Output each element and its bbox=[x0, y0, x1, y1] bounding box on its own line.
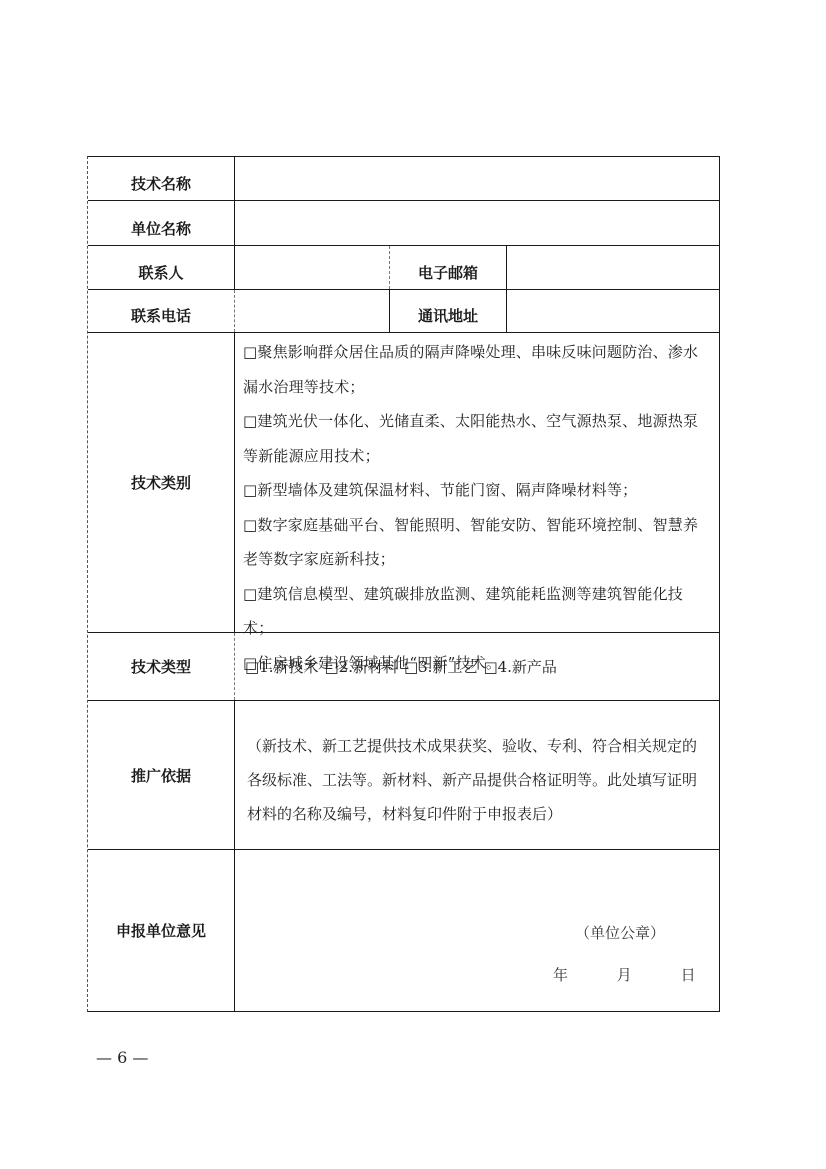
row-unit-opinion: 申报单位意见 （单位公章） 年 月 日 bbox=[88, 850, 719, 1011]
promotion-basis-hint-line-3: 材料的名称及编号，材料复印件附于申报表后） bbox=[247, 797, 715, 831]
tech-category-option-4[interactable]: □数字家庭基础平台、智能照明、智能安防、智能环境控制、智慧养 bbox=[243, 508, 713, 543]
address-label: 通讯地址 bbox=[389, 290, 506, 332]
row-promotion-basis: 推广依据 （新技术、新工艺提供技术成果获奖、验收、专利、符合相关规定的 各级标准… bbox=[88, 701, 719, 850]
address-field[interactable] bbox=[506, 290, 719, 332]
tech-category-option-1-cont: 漏水治理等技术； bbox=[243, 370, 713, 405]
contact-person-label: 联系人 bbox=[88, 246, 234, 289]
email-label: 电子邮箱 bbox=[389, 246, 506, 289]
date-month: 月 bbox=[617, 966, 632, 984]
tech-type-options: □1.新技术 □2.新材料 □3.新工艺 □4.新产品 bbox=[234, 633, 719, 700]
tech-type-checkbox-new-product[interactable]: □4.新产品 bbox=[483, 656, 556, 677]
promotion-basis-hint-line-1: （新技术、新工艺提供技术成果获奖、验收、专利、符合相关规定的 bbox=[247, 729, 715, 763]
email-field[interactable] bbox=[506, 246, 719, 289]
date-year: 年 bbox=[553, 966, 568, 984]
phone-label: 联系电话 bbox=[88, 290, 234, 332]
tech-category-option-3[interactable]: □新型墙体及建筑保温材料、节能门窗、隔声降噪材料等； bbox=[243, 473, 713, 508]
contact-person-field[interactable] bbox=[234, 246, 389, 289]
signature-date: 年 月 日 bbox=[553, 964, 718, 985]
tech-category-option-2[interactable]: □建筑光伏一体化、光储直柔、太阳能热水、空气源热泵、地源热泵 bbox=[243, 404, 713, 439]
application-form-table: 技术名称 单位名称 联系人 电子邮箱 联系电话 通讯地址 技术类别 □聚焦影响群… bbox=[87, 156, 720, 1012]
tech-category-option-4-cont: 老等数字家庭新科技； bbox=[243, 542, 713, 577]
tech-type-checkbox-new-process[interactable]: □3.新工艺 bbox=[404, 656, 477, 677]
row-tech-name: 技术名称 bbox=[88, 157, 719, 201]
row-unit-name: 单位名称 bbox=[88, 201, 719, 246]
promotion-basis-field[interactable]: （新技术、新工艺提供技术成果获奖、验收、专利、符合相关规定的 各级标准、工法等。… bbox=[234, 701, 719, 849]
tech-type-label: 技术类型 bbox=[88, 633, 234, 700]
row-contact-email: 联系人 电子邮箱 bbox=[88, 246, 719, 290]
row-phone-address: 联系电话 通讯地址 bbox=[88, 290, 719, 333]
tech-name-field[interactable] bbox=[234, 157, 719, 200]
tech-category-option-1[interactable]: □聚焦影响群众居住品质的隔声降噪处理、串味反味问题防治、渗水 bbox=[243, 335, 713, 370]
row-tech-type: 技术类型 □1.新技术 □2.新材料 □3.新工艺 □4.新产品 bbox=[88, 633, 719, 701]
unit-name-field[interactable] bbox=[234, 201, 719, 245]
tech-category-label: 技术类别 bbox=[88, 333, 234, 632]
date-day: 日 bbox=[681, 966, 696, 984]
tech-category-options: □聚焦影响群众居住品质的隔声降噪处理、串味反味问题防治、渗水 漏水治理等技术； … bbox=[234, 333, 719, 632]
unit-name-label: 单位名称 bbox=[88, 201, 234, 245]
promotion-basis-hint-line-2: 各级标准、工法等。新材料、新产品提供合格证明等。此处填写证明 bbox=[247, 763, 715, 797]
tech-type-checkbox-new-technology[interactable]: □1.新技术 bbox=[245, 656, 318, 677]
page-number: — 6 — bbox=[96, 1048, 148, 1067]
row-tech-category: 技术类别 □聚焦影响群众居住品质的隔声降噪处理、串味反味问题防治、渗水 漏水治理… bbox=[88, 333, 719, 633]
unit-seal-text: （单位公章） bbox=[575, 922, 665, 943]
tech-name-label: 技术名称 bbox=[88, 157, 234, 200]
promotion-basis-label: 推广依据 bbox=[88, 701, 234, 849]
phone-field[interactable] bbox=[234, 290, 389, 332]
unit-opinion-field[interactable]: （单位公章） 年 月 日 bbox=[234, 850, 719, 1011]
unit-opinion-label: 申报单位意见 bbox=[88, 850, 234, 1011]
tech-category-option-2-cont: 等新能源应用技术； bbox=[243, 439, 713, 474]
tech-type-checkbox-new-material[interactable]: □2.新材料 bbox=[324, 656, 397, 677]
